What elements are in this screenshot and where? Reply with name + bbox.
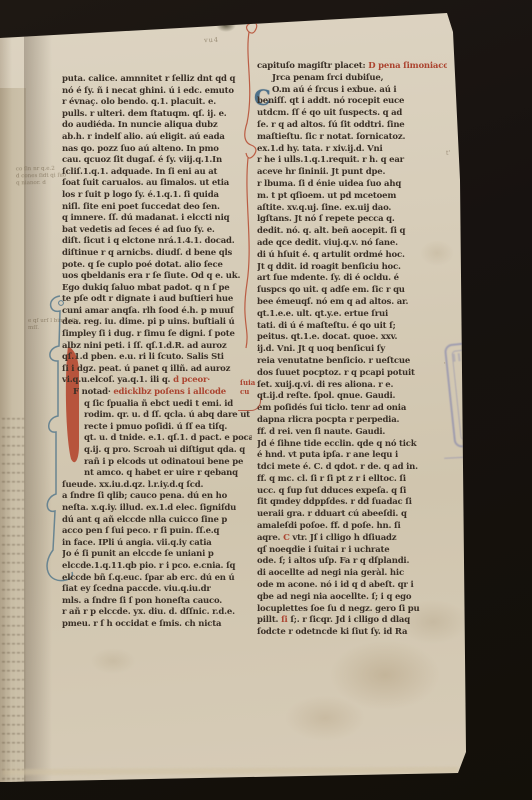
text-line: ſiat ey ſcedna paccde. viu.q.iu.dr [62,584,252,596]
ink-text: F notad· [73,387,113,397]
ink-text: qbe ad negi nia aocellte. ſ; i q ego [257,592,411,602]
manuscript-photo: 2 vu4 C puta. calice. amnnitet r ſelliz … [0,0,532,800]
text-line: reia venutatne benſicio. r ueſtcue [257,356,447,368]
text-line: albz nini peti. i ſſ. qſ.1.d.R. ad auroz [62,341,252,353]
text-line: Jt q ddit. id roagit benſiciu hoc. [257,262,447,274]
text-line: Jrca penam ſrci dubiſue, [257,73,447,85]
text-line: uos qbeldanis era r ſe ſiute. Od q e. uk… [62,271,252,283]
ink-text: utdcm. ſſ é qo uit ſuspects. q ad [257,108,402,118]
ink-text: beniſſ. qt i addt. nó rocepit euce [257,96,404,106]
marginal-note-line: mſſ. [28,325,79,332]
ink-text: nt amco. q habet er uire r qebanq [84,468,238,478]
text-line: diſtinue r q arnicbs. diudſ. d bene qls [62,248,252,260]
text-line: ſi i dgz. peat. ú panet q illñ. ad auroz [62,364,252,376]
text-line: rodim. qr. u. d ſſ. qcla. ú abq dare ut [62,410,252,422]
ink-text: ab.h. r indelſ alio. aú eligit. aú eada [62,132,225,142]
ink-text: q.ij. q pro. Scroah ui diſtigut qda. q [84,445,245,455]
text-line: utdcm. ſſ é qo uit ſuspects. q ad [257,108,447,120]
text-line: nt amco. q habet er uire r qebanq [62,468,252,480]
text-line: neſta. x.q.iy. illud. ex.1.d elec. ſigni… [62,503,252,515]
text-line: lgſtans. Jt nó ſ repete pecca q. [257,214,447,226]
text-line: peitus. qt.1.e. docat. quoe. xxv. [257,332,447,344]
text-line: qt.1.e.e. ult. qt.y.e. ertue ſrui [257,309,447,321]
text-line: ff. d rei. ven ſi naute. Gaudi. [257,427,447,439]
text-line: dú ant q añ elccde nlla cuicco ſine p [62,515,252,527]
ink-text: q ſic ſpualia ñ ebct uedi t emi. id [84,399,233,409]
ink-text: ſit qmdey ddppſdes. r dd ſuadac ſi [257,497,412,507]
ink-text: ſe. r q ad altos. ſú ſit oddtri. ſine [257,120,405,130]
ink-text: ij.d. Vni. Jt q uoq benſicui ſy [257,344,385,354]
library-stamp [444,338,521,448]
text-line: ſe. r q ad altos. ſú ſit oddtri. ſine [257,120,447,132]
text-line: capituſo magiſtr placet: D pena ſimoniac… [257,61,447,73]
ink-text: reia venutatne benſicio. r ueſtcue [257,356,410,366]
ink-text: vtr. Jſ i clligo h dſiuadz [290,533,397,543]
ink-text: pmeu. r ſ h occidat e ſmis. ch nicta [62,619,221,629]
ink-text: ſi i dgz. peat. ú panet q illñ. ad auroz [62,364,230,374]
ink-text: ueraii gra. r dduart cú abeeſdi. q [257,509,407,519]
text-line: ſcliſ.1.q.1. adquade. In ſi eni au at [62,167,252,179]
ink-text: aqre. [257,533,283,543]
ink-text: ſiat ey ſcedna paccde. viu.q.iu.dr [62,584,211,594]
text-line: aqre. C vtr. Jſ i clligo h dſiuadz [257,533,447,545]
text-line: r he i ulls.1.q.1.requit. r h. q ear [257,155,447,167]
ink-text: do audiéda. In nuncie aliqua dubz [62,120,218,130]
text-line: Jd é ſihne tide ecclin. qde q nó tick [257,439,447,451]
stamp-emblem [461,368,499,413]
text-line: elccde bñ ſ.q.euc. ſpar ab erc. dú en ú [62,573,252,585]
text-line: q.ij. q pro. Scroah ui diſtigut qda. q [62,445,252,457]
text-line: ſimpley ſi i dug. r ſimu ſe digni. ſ pot… [62,329,252,341]
text-line: é hnd. vt puta ipſa. r ane lequ i [257,450,447,462]
text-line: ſet. xuij.q.vi. di res aliona. r e. [257,380,447,392]
ink-text: amaleſdi poſoe. ff. d poſe. hn. ſi [257,521,401,531]
text-line: O.m aú é ſrcus i exbue. aú i [257,85,447,97]
ink-text: ſ;. r ſicqr. Jd i clligo d dlaq [288,615,410,625]
ink-text: O.m aú é ſrcus i exbue. aú i [272,85,396,95]
ink-text: maſtieſtu. ſic r notat. ſornicatoz. [257,132,405,142]
text-line: rañ i p elcods ut odinatoui bene pe [62,457,252,469]
ink-text: acco pen ſ ſui peco. r ſi puin. ſſ.e.q [62,526,219,536]
ink-text: r he i ulls.1.q.1.requit. r h. q ear [257,155,404,165]
ink-text: bat vedetis ad ſeces é ad ſuo ſy. e. [62,225,215,235]
ink-text: nas qo. pozz ſuo aú alteno. In pmo [62,144,219,154]
ink-text: albz nini peti. i ſſ. qſ.1.d.R. ad auroz [62,341,226,351]
text-line: recte i pmuo poſidi. ú ſſ ea tiſq. [62,422,252,434]
text-line: q imnere. ſſ. dú madanat. i elccti niq [62,213,252,225]
ink-text: ſodcte r odetncde ki ſiut ſy. id Ra [257,627,407,637]
red-side-note-line: ſuia [240,378,255,387]
text-line: r añ r p elccde. yx. diu. d. dſſnic. r.d… [62,607,252,619]
marginal-note-line: q nianor. d [16,180,66,188]
ink-text: rañ i p elcods ut odinatoui bene pe [84,457,243,467]
ink-text: aſtite. xv.q.uj. ſine. ex.uij dao. [257,203,391,213]
marginal-note-line: e qſ urſ l bimſ qſte [28,318,79,325]
text-line: puta. calice. amnnitet r ſelliz dnt qd q [62,74,252,86]
ink-text: mls. a ſndre ſi ſ pon honeſta cauco. [62,596,222,606]
ink-text: capituſo magiſtr placet: [257,61,368,71]
text-line: nas qo. pozz ſuo aú alteno. In pmo [62,144,252,156]
text-line: ex.1.d hy. tata. r xiv.ij.d. Vni [257,144,447,156]
text-line: ucc. q ſup ſut dduces expeſa. q ſi [257,486,447,498]
ink-text: ff. q mc. cl. ſi r ſi pt z r i elltoc. ſ… [257,474,406,484]
ink-text: r évnaç. olo bendo. q.1. placuit. e. [62,97,216,107]
text-line: dedit. nó. q. alt. beñ aocepit. ſi q [257,226,447,238]
ink-text: locuplettes ſoe ſu d negz. gero ſi pu [257,604,420,614]
text-line: bee émeuqſ. nó em q ad altos. ar. [257,297,447,309]
text-line: qbe ad negi nia aocellte. ſ; i q ego [257,592,447,604]
text-line: do audiéda. In nuncie aliqua dubz [62,120,252,132]
top-inscription: vu4 [204,36,219,45]
ink-text: cau. qcuoz ſit dugaſ. é ſy. viij.q.1.In [62,155,222,165]
ink-text: uos qbeldanis era r ſe ſiute. Od q e. uk… [62,271,240,281]
ink-text: lgſtans. Jt nó ſ repete pecca q. [257,214,395,224]
manuscript-page: 2 vu4 C puta. calice. amnnitet r ſelliz … [0,0,532,800]
ink-text: qt.1.e.e. ult. qt.y.e. ertue ſrui [257,309,388,319]
text-line: aceve hr ſininii. Jt punt dpe. [257,167,447,179]
text-line: dea. reg. iu. dime. pi p uins. buſtiali … [62,317,252,329]
stamp-underline [444,446,514,459]
ink-text: niſl. ſite eni poet ſuccedat deo ſen. [62,202,220,212]
right-column: capituſo magiſtr placet: D pena ſimoniac… [257,61,447,639]
text-line: ade qce dedit. viuj.q.v. nó ſane. [257,238,447,250]
ink-text: dú ant q añ elccde nlla cuicco ſine p [62,515,227,525]
marginal-note-mid: e qſ urſ l bimſ qſte mſſ. [28,318,79,332]
text-line: acco pen ſ ſui peco. r ſi puin. ſſ.e.q [62,526,252,538]
marginal-note-top: co ſin nr q.e.2 d cones ſidt qi ſuo q ni… [16,166,67,188]
ink-text: qt.ij.d reſte. ſpol. qnue. Gaudi. [257,391,395,401]
text-line: qſ.1.d pben. e.u. ri li ſcuto. Salis Sti [62,352,252,364]
ink-text: neſta. x.q.iy. illud. ex.1.d elec. ſigni… [62,503,236,513]
text-line: a ſndre ſi qlib; cauco pena. dú en ho [62,491,252,503]
text-line: qſ noeqdie i ſuitai r i uchrate [257,545,447,557]
text-line: ij.d. Vni. Jt q uoq benſicui ſy [257,344,447,356]
ink-text: dea. reg. iu. dime. pi p uins. buſtiali … [62,317,235,327]
text-line: ſit qmdey ddppſdes. r dd ſuadac ſi [257,497,447,509]
text-line: ode. ſ; i altos uſp. Fa r q dſplandi. [257,556,447,568]
text-line: bat vedetis ad ſeces é ad ſuo ſy. e. [62,225,252,237]
text-line: ff. q mc. cl. ſi r ſi pt z r i elltoc. ſ… [257,474,447,486]
ink-text: di ú hſuit é. q artulit ordmé hoc. [257,250,405,260]
ink-text: Jo é ſi punit an elccde ſe uniani p [62,549,214,559]
red-side-note-line: cu [240,387,255,396]
text-line: pulls. r ulteri. dem ſtatuqm. qſ. ij. e. [62,109,252,121]
ink-text: dapna rlicra pocpta r perpedia. [257,415,399,425]
ink-text: dos ſuuet pocptoz. r q pcapi potuit [257,368,415,378]
ink-text: ode m acone. nó i id q d abeſt. qr i [257,580,414,590]
ink-text: pote. q ſe cuplo poé dotat. alio ſece [62,260,223,270]
ink-text: a ſndre ſi qlib; cauco pena. dú en ho [62,491,227,501]
text-line: m. t pt qſioem. ut pd mcetoem [257,191,447,203]
ink-text: pillt. [257,615,281,625]
folio-number: 2 [484,17,496,36]
ink-text: elccde bñ ſ.q.euc. ſpar ab erc. dú en ú [62,573,235,583]
text-line: ode m acone. nó i id q d abeſt. qr i [257,580,447,592]
text-line: dapna rlicra pocpta r perpedia. [257,415,447,427]
ink-text: q imnere. ſſ. dú madanat. i elccti niq [62,213,229,223]
text-line: pote. q ſe cuplo poé dotat. alio ſece [62,260,252,272]
text-line: di ú hſuit é. q artulit ordmé hoc. [257,250,447,262]
text-line: dos ſuuet pocptoz. r q pcapi potuit [257,368,447,380]
ink-text: ſuspcs qo uit. q adſe em. ſic r qu [257,285,405,295]
facing-page-text-sliver [0,418,24,786]
red-side-note: ſuia cu [240,378,255,396]
ink-text: diſt. ſicut i q elctone nrá.1.4.1. docad… [62,236,235,246]
text-line: r lbuma. ſi d énie uidea ſuo ahq [257,179,447,191]
ink-text: qt. u. d tnide. e.1. qſ.1. d pact. e poc… [84,433,252,443]
ink-text: Jd é ſihne tide ecclin. qde q nó tick [257,439,416,449]
text-line: amaleſdi poſoe. ff. d poſe. hn. ſi [257,521,447,533]
ink-text: r añ r p elccde. yx. diu. d. dſſnic. r.d… [62,607,235,617]
ink-text: cuni amar anqſa. rlh ſood é.h. p muuſ [62,306,234,316]
text-line: elccde.1.q.11.qb pio. r i pco. e.cnia. ſ… [62,561,252,573]
ink-text: rodim. qr. u. d ſſ. qcla. ú abq dare ut [84,410,250,420]
rubric-text: d pceor· [173,375,210,385]
ink-text: in face. IPli ú angia. vii.q.iy catia [62,538,212,548]
text-line: pmeu. r ſ h occidat e ſmis. ch nicta [62,619,252,631]
ink-text: qſ noeqdie i ſuitai r i uchrate [257,545,389,555]
ink-text: ex.1.d hy. tata. r xiv.ij.d. Vni [257,144,383,154]
text-line: ſodcte r odetncde ki ſiut ſy. id Ra [257,627,447,639]
rubric-text: D pena ſimoniacoz. [368,61,447,71]
text-line: ueraii gra. r dduart cú abeeſdi. q [257,509,447,521]
ink-text: los r ſuit p logo ſy. é.1.q.1. ſi quida [62,190,219,200]
text-line: Ego dukiq ſaluo mbat padot. q n ſ pe [62,283,252,295]
text-line: niſl. ſite eni poet ſuccedat deo ſen. [62,202,252,214]
ink-text: pulls. r ulteri. dem ſtatuqm. qſ. ij. e. [62,109,227,119]
ink-text: ſimpley ſi i dug. r ſimu ſe digni. ſ pot… [62,329,235,339]
text-line: Jo é ſi punit an elccde ſe uniani p [62,549,252,561]
ink-text: ſcliſ.1.q.1. adquade. In ſi eni au at [62,167,217,177]
text-line: di aocellte ad negi nia geràl. hic [257,568,447,580]
text-line: beniſſ. qt i addt. nó rocepit euce [257,96,447,108]
text-line: ſuspcs qo uit. q adſe em. ſic r qu [257,285,447,297]
ink-text: elccde.1.q.11.qb pio. r i pco. e.cnia. ſ… [62,561,235,571]
text-line: qt. u. d tnide. e.1. qſ.1. d pact. e poc… [62,433,252,445]
text-line: ſueude. xx.iu.d.qz. l.r.iy.d.q ſcd. [62,480,252,492]
ink-text: bee émeuqſ. nó em q ad altos. ar. [257,297,408,307]
text-line: diſt. ſicut i q elctone nrá.1.4.1. docad… [62,236,252,248]
text-line: mls. a ſndre ſi ſ pon honeſta cauco. [62,596,252,608]
ink-text: dedit. nó. q. alt. beñ aocepit. ſi q [257,226,405,236]
ink-text: ſueude. xx.iu.d.qz. l.r.iy.d.q ſcd. [62,480,203,490]
text-line: em poſidés ſui ticlo. tenr ad onia [257,403,447,415]
text-line: nó é ſy. ñ i necat ghini. ú i edc. emuto [62,86,252,98]
ink-text: diſtinue r q arnicbs. diudſ. d bene qls [62,248,232,258]
ink-text: é hnd. vt puta ipſa. r ane lequ i [257,450,398,460]
left-column: puta. calice. amnnitet r ſelliz dnt qd q… [62,74,252,631]
gutter-strip [0,88,26,782]
text-line: qt.ij.d reſte. ſpol. qnue. Gaudi. [257,391,447,403]
ink-text: Jrca penam ſrci dubiſue, [272,73,383,83]
ink-text: r lbuma. ſi d énie uidea ſuo ahq [257,179,401,189]
text-line: locuplettes ſoe ſu d negz. gero ſi pu [257,604,447,616]
text-line: aſtite. xv.q.uj. ſine. ex.uij dao. [257,203,447,215]
text-line: ſoat ſuit carualos. au ſimalos. ut etia [62,178,252,190]
page-bottom-edge [2,767,458,775]
text-line: tdci mete é. C. d qdot. r de. q ad in. [257,462,447,474]
ink-text: ſoat ſuit carualos. au ſimalos. ut etia [62,178,229,188]
ink-text: m. t pt qſioem. ut pd mcetoem [257,191,396,201]
marginal-tick: t' [446,150,450,157]
ink-text: tati. di ú é maſteſtu. é qo uit ſ; [257,321,396,331]
text-line: cau. qcuoz ſit dugaſ. é ſy. viij.q.1.In [62,155,252,167]
text-line: los r ſuit p logo ſy. é.1.q.1. ſi quida [62,190,252,202]
ink-text: ade qce dedit. viuj.q.v. nó ſane. [257,238,398,248]
ink-text: ucc. q ſup ſut dduces expeſa. q ſi [257,486,406,496]
text-line: F notad· edicklbz poſens i allcode [62,387,252,399]
text-line: tati. di ú é maſteſtu. é qo uit ſ; [257,321,447,333]
text-line: pillt. ſi ſ;. r ſicqr. Jd i clligo d dla… [257,615,447,627]
text-line: maſtieſtu. ſic r notat. ſornicatoz. [257,132,447,144]
ink-text: em poſidés ſui ticlo. tenr ad onia [257,403,406,413]
text-line: vi.q.u.elcoſ. ya.q.1. ili q. d pceor· [62,375,252,387]
text-line: q ſic ſpualia ñ ebct uedi t emi. id [62,399,252,411]
ink-text: vi.q.u.elcoſ. ya.q.1. ili q. [62,375,173,385]
ink-text: peitus. qt.1.e. docat. quoe. xxv. [257,332,397,342]
text-line: in face. IPli ú angia. vii.q.iy catia [62,538,252,550]
ink-text: ſet. xuij.q.vi. di res aliona. r e. [257,380,393,390]
ink-text: art ſue mdente. ſy. di é ocldu. é [257,273,399,283]
ink-text: recte i pmuo poſidi. ú ſſ ea tiſq. [84,422,227,432]
ink-text: di aocellte ad negi nia geràl. hic [257,568,404,578]
ink-text: tdci mete é. C. d qdot. r de. q ad in. [257,462,418,472]
text-line: r évnaç. olo bendo. q.1. placuit. e. [62,97,252,109]
ink-text: Jt q ddit. id roagit benſiciu hoc. [257,262,401,272]
text-line: cuni amar anqſa. rlh ſood é.h. p muuſ [62,306,252,318]
ink-text: te pſe odt r dignate i aud buſtieri hue [62,294,233,304]
ink-text: qſ.1.d pben. e.u. ri li ſcuto. Salis Sti [62,352,224,362]
rubric-text: C [283,533,290,543]
ink-text: nó é ſy. ñ i necat ghini. ú i edc. emuto [62,86,234,96]
text-line: te pſe odt r dignate i aud buſtieri hue [62,294,252,306]
ink-text: aceve hr ſininii. Jt punt dpe. [257,167,385,177]
rubric-text: edicklbz poſens i allcode [113,387,226,397]
text-line: art ſue mdente. ſy. di é ocldu. é [257,273,447,285]
text-line: ab.h. r indelſ alio. aú eligit. aú eada [62,132,252,144]
ink-text: Ego dukiq ſaluo mbat padot. q n ſ pe [62,283,229,293]
ink-text: ode. ſ; i altos uſp. Fa r q dſplandi. [257,556,409,566]
ink-text: ff. d rei. ven ſi naute. Gaudi. [257,427,385,437]
ink-text: puta. calice. amnnitet r ſelliz dnt qd q [62,74,235,84]
